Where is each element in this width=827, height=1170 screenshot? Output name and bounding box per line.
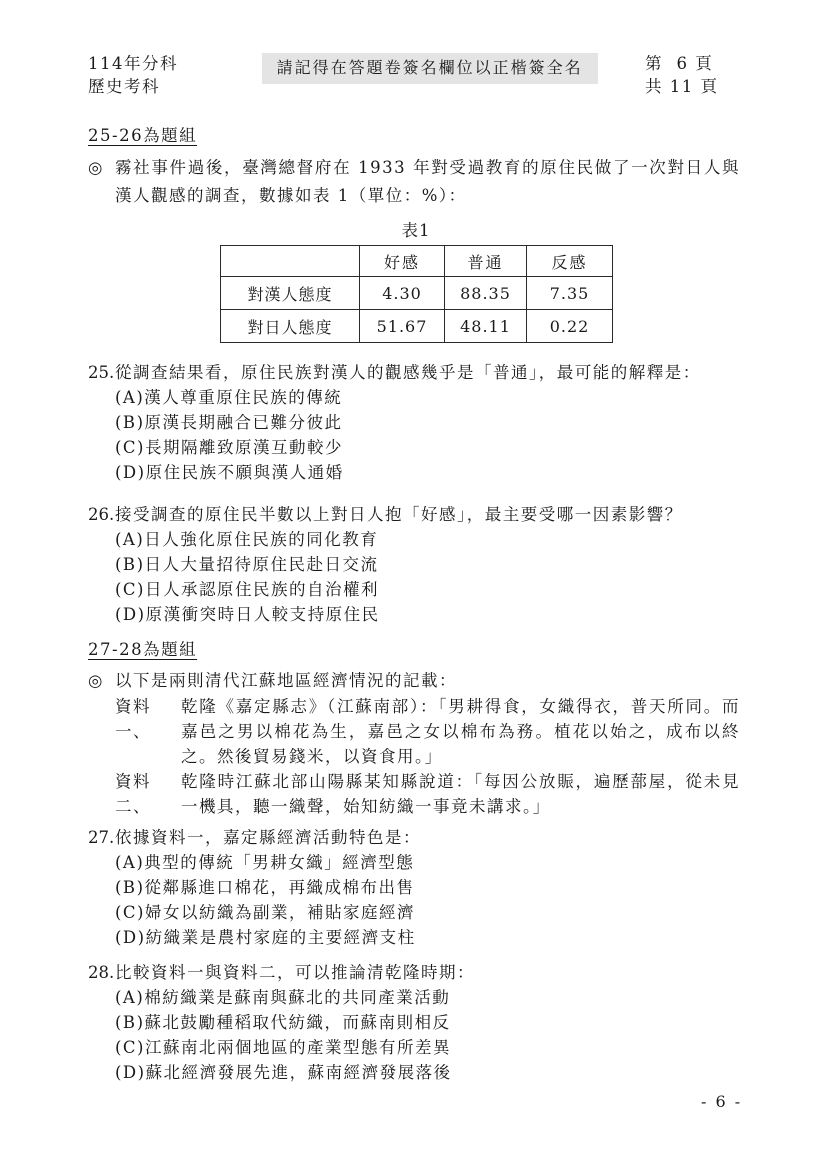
cell-value: 7.35 (527, 277, 613, 310)
source-2: 資料二、 乾隆時江蘇北部山陽縣某知縣說道：「每因公放賑，遍歷蔀屋，從未見一機具，… (88, 769, 740, 819)
question-stem-row: 25. 從調查結果看，原住民族對漢人的觀感幾乎是「普通」，最可能的解釋是： (88, 360, 740, 385)
group2-intro: ◎ 以下是兩則清代江蘇地區經濟情況的記載： (88, 668, 740, 693)
table-corner-cell (221, 246, 360, 277)
attitude-survey-table: 好感 普通 反感 對漢人態度 4.30 88.35 7.35 對日人態度 51.… (220, 245, 613, 343)
option-c: (C)日人承認原住民族的自治權利 (115, 577, 740, 602)
table-row: 對日人態度 51.67 48.11 0.22 (221, 310, 613, 343)
option-b: (B)蘇北鼓勵種稻取代紡織，而蘇南則相反 (115, 1010, 740, 1035)
page-indicator: 第 6 頁 共 11 頁 (645, 52, 740, 98)
cell-value: 88.35 (445, 277, 527, 310)
question-stem: 比較資料一與資料二，可以推論清乾隆時期： (115, 960, 740, 985)
source-1-text: 乾隆《嘉定縣志》（江蘇南部）：「男耕得食，女織得衣，普天所同。而嘉邑之男以棉花為… (181, 694, 740, 769)
col-header-favorable: 好感 (360, 246, 445, 277)
table1-container: 表1 好感 普通 反感 對漢人態度 4.30 88.35 7.35 對日人態度 … (220, 219, 612, 343)
question-stem-row: 27. 依據資料一，嘉定縣經濟活動特色是： (88, 825, 740, 850)
source-2-text: 乾隆時江蘇北部山陽縣某知縣說道：「每因公放賑，遍歷蔀屋，從未見一機具，聽一織聲，… (181, 769, 740, 819)
option-a: (A)日人強化原住民族的同化教育 (115, 527, 740, 552)
question-stem-row: 28. 比較資料一與資料二，可以推論清乾隆時期： (88, 960, 740, 985)
footer-page-number: - 6 - (701, 1092, 742, 1111)
table-header-row: 好感 普通 反感 (221, 246, 613, 277)
option-c: (C)婦女以紡織為副業，補貼家庭經濟 (115, 900, 740, 925)
question-options: (A)棉紡織業是蘇南與蘇北的共同產業活動 (B)蘇北鼓勵種稻取代紡織，而蘇南則相… (88, 985, 740, 1085)
question-number: 26. (88, 502, 115, 527)
table-row: 對漢人態度 4.30 88.35 7.35 (221, 277, 613, 310)
page-header: 114年分科 歷史考科 請記得在答題卷簽名欄位以正楷簽全名 第 6 頁 共 11… (88, 52, 740, 98)
option-b: (B)原漢長期融合已難分彼此 (115, 410, 740, 435)
question-group-heading-25-26: 25-26為題組 (88, 124, 740, 147)
exam-page: 114年分科 歷史考科 請記得在答題卷簽名欄位以正楷簽全名 第 6 頁 共 11… (0, 0, 827, 1170)
cell-value: 4.30 (360, 277, 445, 310)
option-c: (C)長期隔離致原漢互動較少 (115, 435, 740, 460)
question-options: (A)典型的傳統「男耕女織」經濟型態 (B)從鄰縣進口棉花，再織成棉布出售 (C… (88, 850, 740, 950)
question-number: 27. (88, 825, 115, 850)
option-a: (A)漢人尊重原住民族的傳統 (115, 385, 740, 410)
question-stem-row: 26. 接受調查的原住民半數以上對日人抱「好感」，最主要受哪一因素影響？ (88, 502, 740, 527)
cell-value: 51.67 (360, 310, 445, 343)
col-header-unfavorable: 反感 (527, 246, 613, 277)
option-d: (D)紡織業是農村家庭的主要經濟支柱 (115, 925, 740, 950)
cell-value: 48.11 (445, 310, 527, 343)
group-marker-icon: ◎ (88, 154, 115, 210)
option-d: (D)原住民族不願與漢人通婚 (115, 460, 740, 485)
question-25: 25. 從調查結果看，原住民族對漢人的觀感幾乎是「普通」，最可能的解釋是： (A… (88, 360, 740, 485)
source-1: 資料一、 乾隆《嘉定縣志》（江蘇南部）：「男耕得食，女織得衣，普天所同。而嘉邑之… (88, 694, 740, 769)
question-stem: 從調查結果看，原住民族對漢人的觀感幾乎是「普通」，最可能的解釋是： (115, 360, 740, 385)
option-b: (B)從鄰縣進口棉花，再織成棉布出售 (115, 875, 740, 900)
row-label: 對漢人態度 (221, 277, 360, 310)
exam-subject: 歷史考科 (88, 75, 238, 98)
question-options: (A)漢人尊重原住民族的傳統 (B)原漢長期融合已難分彼此 (C)長期隔離致原漢… (88, 385, 740, 485)
option-d: (D)蘇北經濟發展先進，蘇南經濟發展落後 (115, 1060, 740, 1085)
current-page-label: 第 6 頁 (645, 52, 740, 75)
exam-year: 114年分科 (88, 52, 238, 75)
source-materials: 資料一、 乾隆《嘉定縣志》（江蘇南部）：「男耕得食，女織得衣，普天所同。而嘉邑之… (88, 694, 740, 819)
question-number: 28. (88, 960, 115, 985)
source-2-label: 資料二、 (115, 769, 181, 819)
group1-intro: ◎ 霧社事件過後，臺灣總督府在 1933 年對受過教育的原住民做了一次對日人與漢… (88, 154, 740, 210)
signature-notice: 請記得在答題卷簽名欄位以正楷簽全名 (262, 53, 598, 84)
total-pages-label: 共 11 頁 (645, 75, 740, 98)
group-marker-icon: ◎ (88, 668, 115, 693)
option-c: (C)江蘇南北兩個地區的產業型態有所差異 (115, 1035, 740, 1060)
row-label: 對日人態度 (221, 310, 360, 343)
question-27: 27. 依據資料一，嘉定縣經濟活動特色是： (A)典型的傳統「男耕女織」經濟型態… (88, 825, 740, 950)
col-header-neutral: 普通 (445, 246, 527, 277)
source-1-label: 資料一、 (115, 694, 181, 769)
option-a: (A)典型的傳統「男耕女織」經濟型態 (115, 850, 740, 875)
question-options: (A)日人強化原住民族的同化教育 (B)日人大量招待原住民赴日交流 (C)日人承… (88, 527, 740, 627)
question-26: 26. 接受調查的原住民半數以上對日人抱「好感」，最主要受哪一因素影響？ (A)… (88, 502, 740, 627)
question-group-heading-27-28: 27-28為題組 (88, 638, 740, 661)
group1-intro-text: 霧社事件過後，臺灣總督府在 1933 年對受過教育的原住民做了一次對日人與漢人觀… (115, 154, 740, 210)
question-stem: 依據資料一，嘉定縣經濟活動特色是： (115, 825, 740, 850)
option-b: (B)日人大量招待原住民赴日交流 (115, 552, 740, 577)
group2-intro-text: 以下是兩則清代江蘇地區經濟情況的記載： (115, 668, 740, 693)
option-d: (D)原漢衝突時日人較支持原住民 (115, 602, 740, 627)
cell-value: 0.22 (527, 310, 613, 343)
option-a: (A)棉紡織業是蘇南與蘇北的共同產業活動 (115, 985, 740, 1010)
table1-caption: 表1 (220, 219, 612, 243)
question-stem: 接受調查的原住民半數以上對日人抱「好感」，最主要受哪一因素影響？ (115, 502, 740, 527)
question-number: 25. (88, 360, 115, 385)
exam-identifier: 114年分科 歷史考科 (88, 52, 238, 98)
question-28: 28. 比較資料一與資料二，可以推論清乾隆時期： (A)棉紡織業是蘇南與蘇北的共… (88, 960, 740, 1085)
